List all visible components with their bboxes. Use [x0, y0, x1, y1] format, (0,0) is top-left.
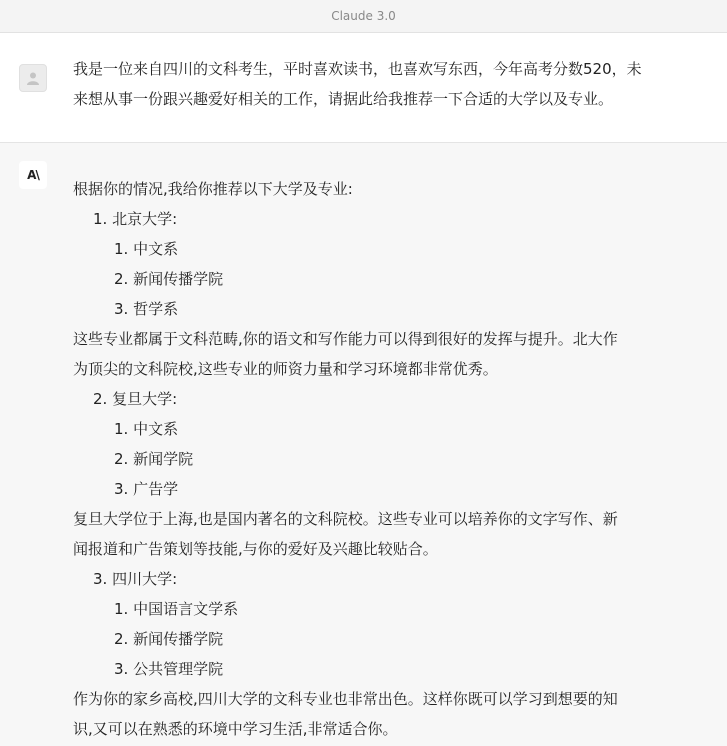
major-item: 3. 公共管理学院 [73, 654, 663, 684]
major-item: 2. 新闻传播学院 [73, 264, 663, 294]
university-desc: 为顶尖的文科院校,这些专业的师资力量和学习环境都非常优秀。 [73, 354, 663, 384]
major-item: 2. 新闻传播学院 [73, 624, 663, 654]
major-item: 3. 广告学 [73, 474, 663, 504]
major-item: 2. 新闻学院 [73, 444, 663, 474]
user-message-text: 我是一位来自四川的文科考生，平时喜欢读书，也喜欢写东西，今年高考分数520，未 … [73, 33, 663, 142]
model-title: Claude 3.0 [331, 9, 396, 23]
assistant-message: A\ 根据你的情况,我给你推荐以下大学及专业: 1. 北京大学: 1. 中文系 … [0, 143, 727, 744]
user-silhouette-icon [26, 71, 40, 85]
university-desc: 复旦大学位于上海,也是国内著名的文科院校。这些专业可以培养你的文字写作、新 [73, 504, 663, 534]
university-desc: 作为你的家乡高校,四川大学的文科专业也非常出色。这样你既可以学习到想要的知 [73, 684, 663, 714]
user-avatar [19, 64, 47, 92]
major-item: 3. 哲学系 [73, 294, 663, 324]
university-title: 2. 复旦大学: [73, 384, 663, 414]
intro-text: 根据你的情况,我给你推荐以下大学及专业: [73, 174, 663, 204]
university-title: 1. 北京大学: [73, 204, 663, 234]
assistant-message-text: 根据你的情况,我给你推荐以下大学及专业: 1. 北京大学: 1. 中文系 2. … [73, 143, 663, 744]
university-desc: 这些专业都属于文科范畴,你的语文和写作能力可以得到很好的发挥与提升。北大作 [73, 324, 663, 354]
chat-header: Claude 3.0 [0, 0, 727, 33]
major-item: 1. 中文系 [73, 414, 663, 444]
major-item: 1. 中文系 [73, 234, 663, 264]
major-item: 1. 中国语言文学系 [73, 594, 663, 624]
user-message: 我是一位来自四川的文科考生，平时喜欢读书，也喜欢写东西，今年高考分数520，未 … [0, 33, 727, 143]
claude-logo-icon: A\ [19, 161, 47, 189]
university-desc: 闻报道和广告策划等技能,与你的爱好及兴趣比较贴合。 [73, 534, 663, 564]
university-desc: 识,又可以在熟悉的环境中学习生活,非常适合你。 [73, 714, 663, 744]
university-title: 3. 四川大学: [73, 564, 663, 594]
